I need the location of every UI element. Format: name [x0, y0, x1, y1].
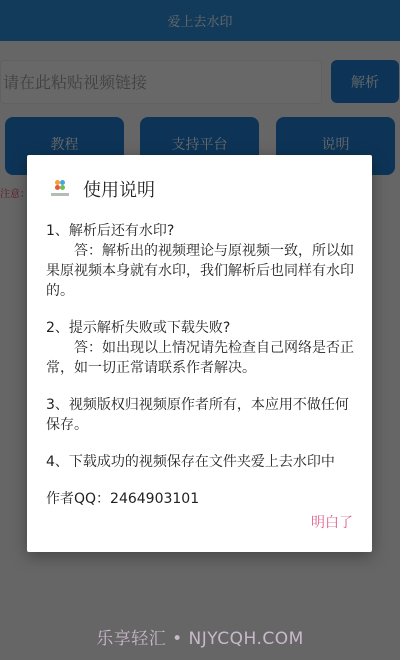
copyright-note: 3、视频版权归视频原作者所有，本应用不做任何保存。	[46, 395, 356, 435]
instructions-dialog: 使用说明 1、解析后还有水印? 答：解析出的视频理论与原视频一致，所以如果原视频…	[27, 155, 372, 552]
author-qq: 作者QQ：2464903101	[46, 489, 356, 509]
faq-answer: 答：解析出的视频理论与原视频一致，所以如	[46, 243, 354, 259]
download-location-note: 4、下载成功的视频保存在文件夹爱上去水印中	[46, 452, 356, 472]
faq-answer-cont: 果原视频本身就有水印，我们解析后也同样有水印的。	[46, 263, 354, 299]
understood-button[interactable]: 明白了	[311, 512, 353, 532]
faq-question: 2、提示解析失败或下载失败?	[46, 318, 356, 338]
faq-answer: 答：如出现以上情况请先检查自己网络是否正	[46, 340, 354, 356]
watermark-text: 乐享轻汇 • NJYCQH.COM	[0, 624, 400, 649]
dialog-body: 1、解析后还有水印? 答：解析出的视频理论与原视频一致，所以如果原视频本身就有水…	[46, 221, 356, 509]
faq-item: 2、提示解析失败或下载失败? 答：如出现以上情况请先检查自己网络是否正常，如一切…	[46, 318, 356, 378]
faq-item: 1、解析后还有水印? 答：解析出的视频理论与原视频一致，所以如果原视频本身就有水…	[46, 221, 356, 301]
dialog-header: 使用说明	[51, 175, 155, 203]
faq-question: 1、解析后还有水印?	[46, 221, 356, 241]
app-logo-icon	[51, 180, 69, 198]
dialog-title: 使用说明	[83, 176, 155, 202]
faq-answer-cont: 常，如一切正常请联系作者解决。	[46, 360, 256, 376]
